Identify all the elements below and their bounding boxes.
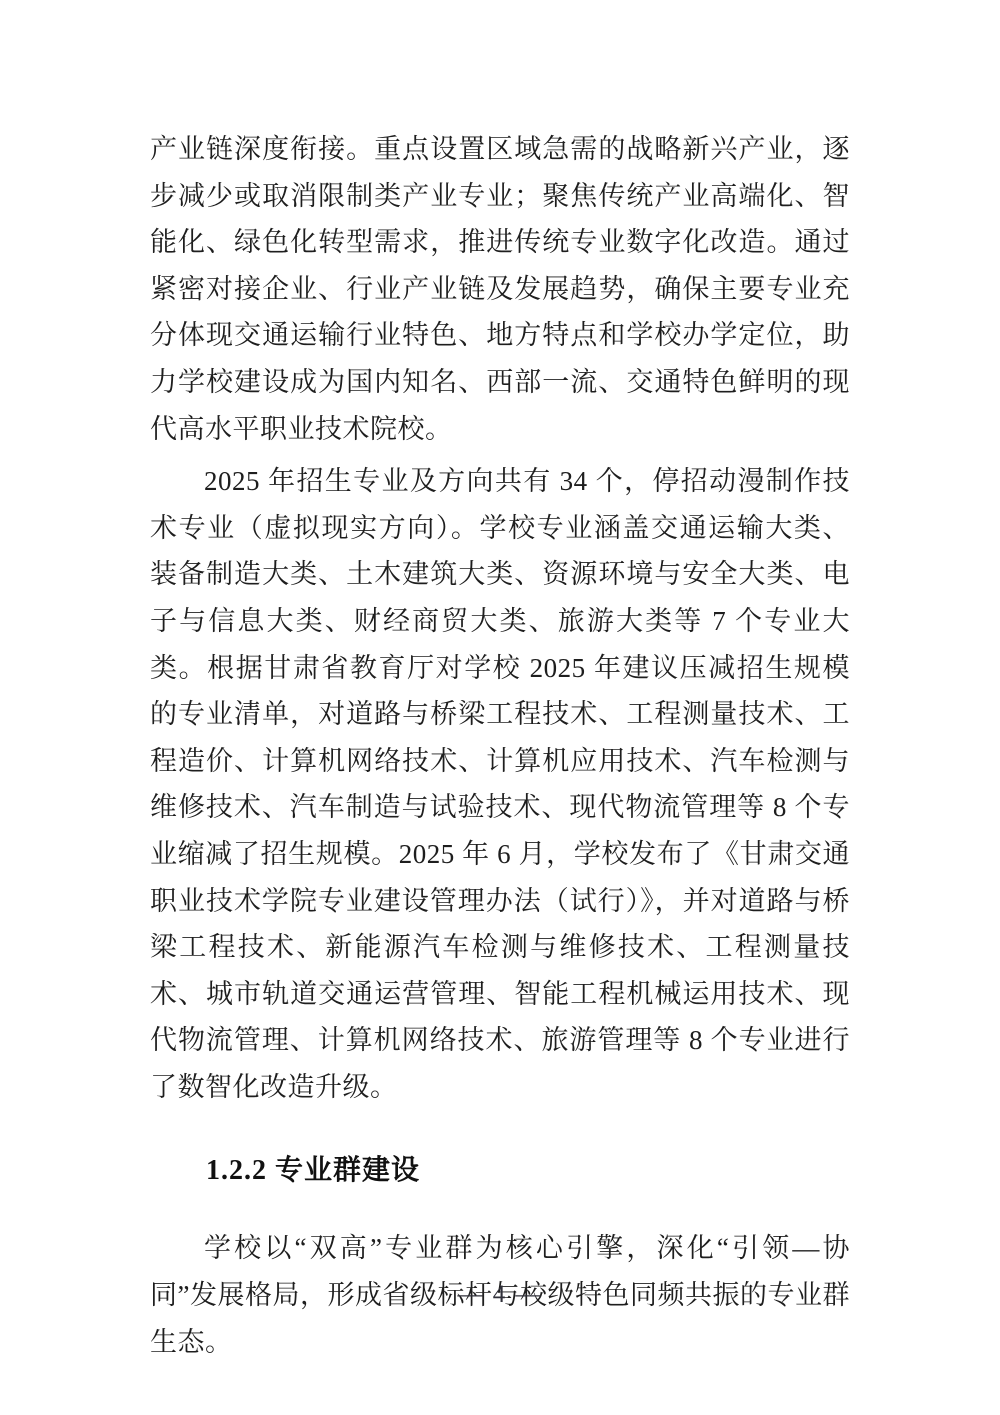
paragraph-industry-chain-alignment: 产业链深度衔接。重点设置区域急需的战略新兴产业，逐步减少或取消限制类产业专业；聚… xyxy=(150,126,850,452)
page-number: — 4 — xyxy=(458,1281,543,1308)
paragraph-2025-enrollment-majors: 2025 年招生专业及方向共有 34 个，停招动漫制作技术专业（虚拟现实方向）。… xyxy=(150,458,850,1110)
document-page: 产业链深度衔接。重点设置区域急需的战略新兴产业，逐步减少或取消限制类产业专业；聚… xyxy=(0,0,1000,1415)
page-body: 产业链深度衔接。重点设置区域急需的战略新兴产业，逐步减少或取消限制类产业专业；聚… xyxy=(150,126,850,1365)
page-footer: — 4 — xyxy=(0,1281,1000,1309)
section-heading-1-2-2-major-group-construction: 1.2.2 专业群建设 xyxy=(150,1147,850,1194)
